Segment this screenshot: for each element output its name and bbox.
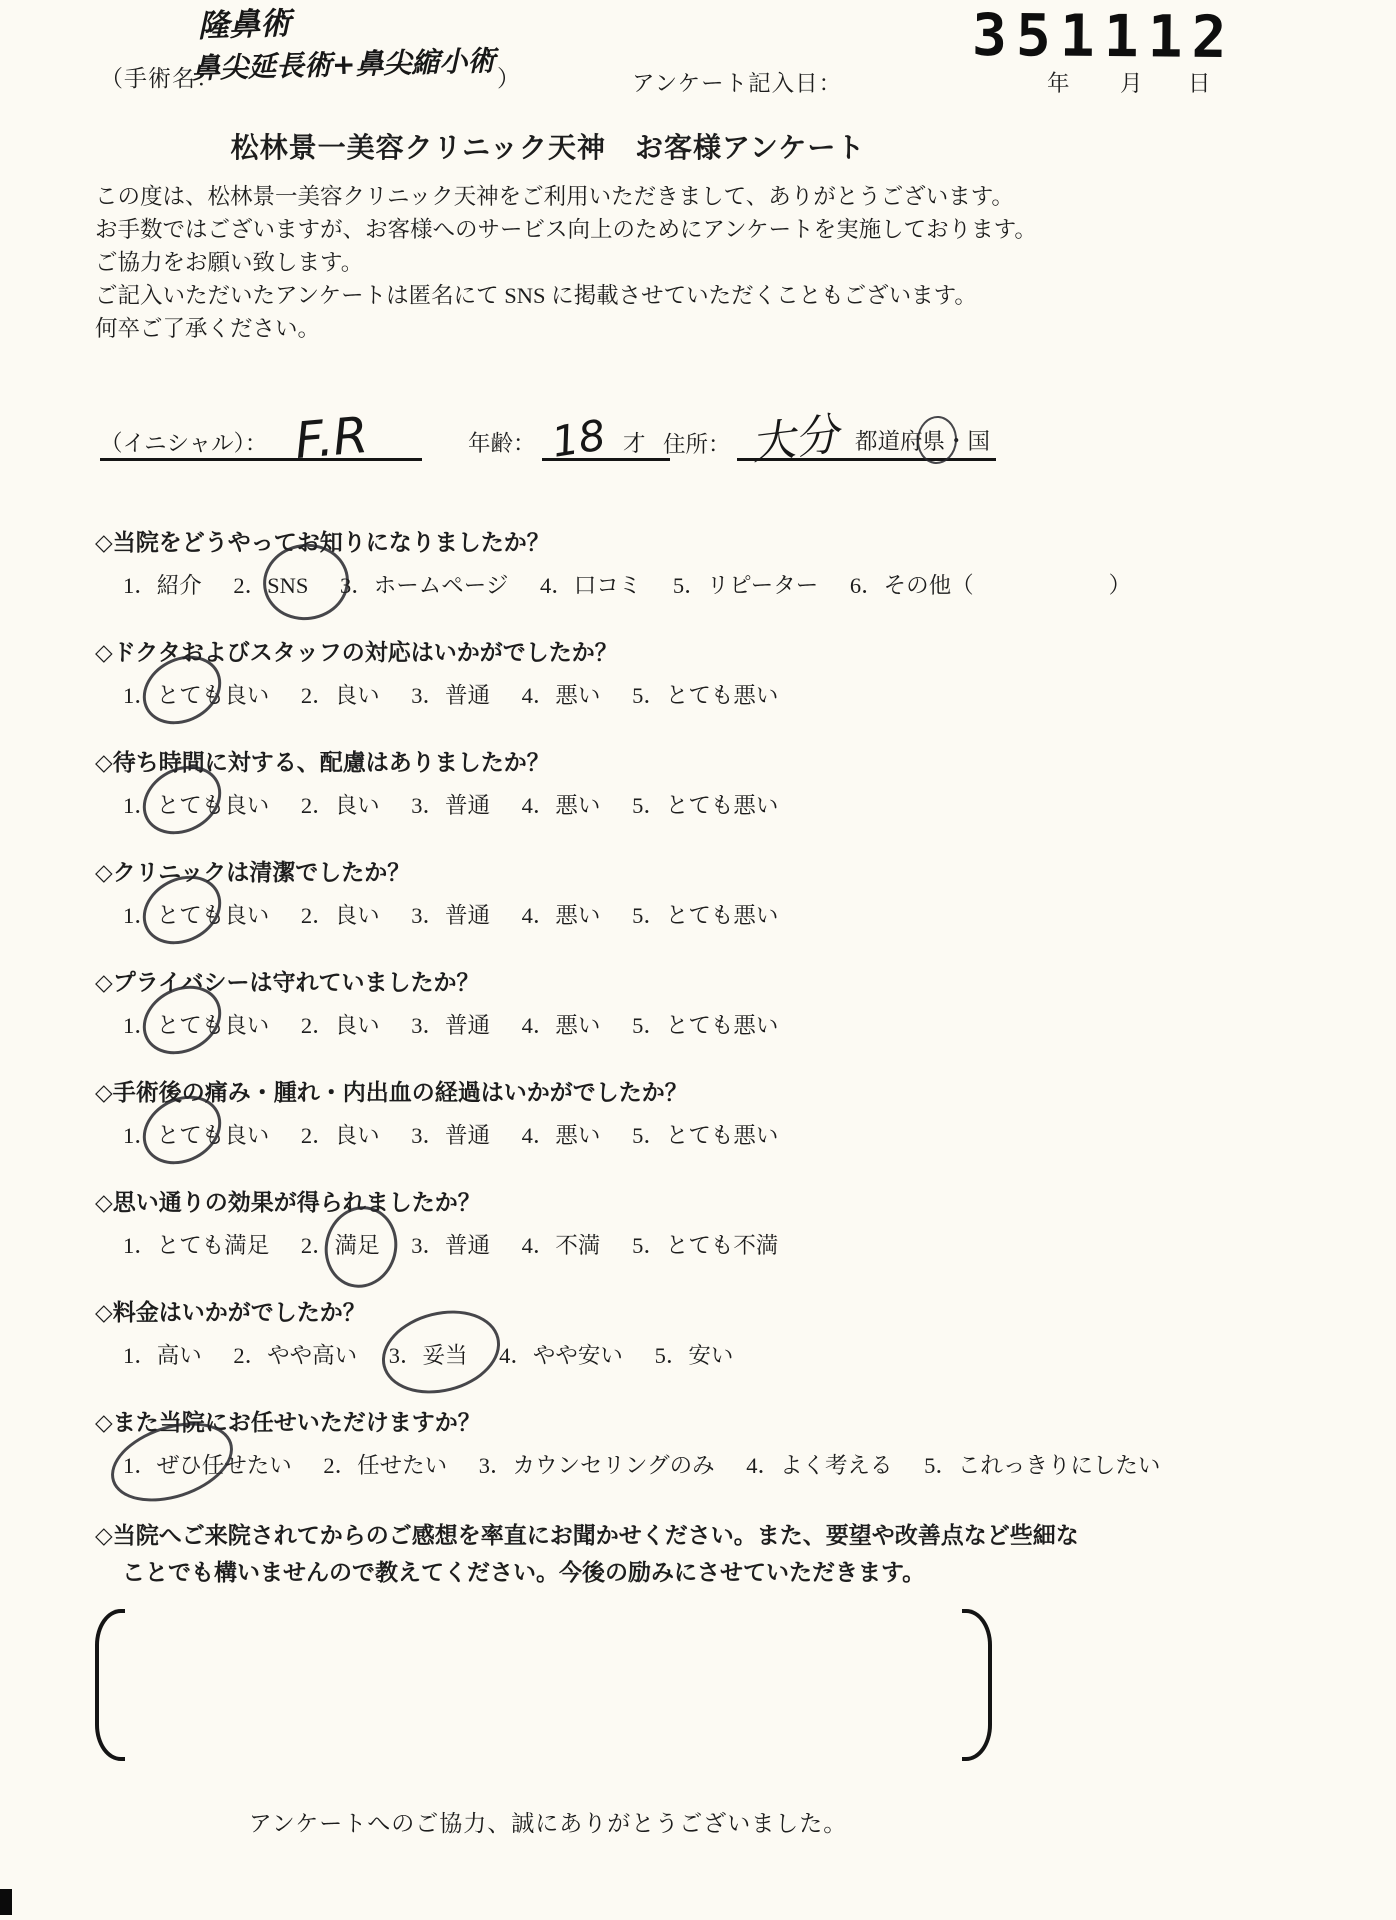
scan-artifact <box>0 1889 12 1915</box>
question-block: ◇当院をどうやってお知りになりましたか？ 1．紹介 2．SNS 3．ホームページ… <box>95 527 1396 601</box>
question-option: 3．普通 <box>411 900 490 931</box>
question-option: 4．口コミ <box>540 570 641 601</box>
age-field: 年齢：18才 <box>468 422 670 461</box>
question-option: 4．よく考える <box>746 1450 892 1481</box>
question-option: 1．紹介 <box>123 570 202 601</box>
question-list: ◇当院をどうやってお知りになりましたか？ 1．紹介 2．SNS 3．ホームページ… <box>95 527 1396 1481</box>
question-options: 1．とても良い 2．良い 3．普通 4．悪い 5．とても悪い <box>123 680 1396 711</box>
question-heading: ◇手術後の痛み・腫れ・内出血の経過はいかがでしたか？ <box>95 1077 1396 1108</box>
initial-field: （イニシャル）： F.R <box>100 416 422 461</box>
question-heading: ◇待ち時間に対する、配慮はありましたか？ <box>95 747 1396 778</box>
question-block: ◇ドクタおよびスタッフの対応はいかがでしたか？ 1．とても良い 2．良い 3．普… <box>95 637 1396 711</box>
question-option: 4．悪い <box>522 680 601 711</box>
question-option: 3．普通 <box>411 1230 490 1261</box>
question-option: 2．良い <box>301 900 380 931</box>
question-heading: ◇ドクタおよびスタッフの対応はいかがでしたか？ <box>95 637 1396 668</box>
comment-write-in-area <box>0 1601 1396 1791</box>
surgery-name-label-open: （手術名： <box>100 60 220 93</box>
question-block: ◇また当院にお任せいただけますか？ 1．ぜひ任せたい 2．任せたい 3．カウンセ… <box>95 1407 1396 1481</box>
comment-bracket-right <box>962 1609 992 1761</box>
question-option: 5．これっきりにしたい <box>924 1450 1160 1481</box>
question-heading: ◇思い通りの効果が得られましたか？ <box>95 1187 1396 1218</box>
scanned-survey-page: 隆鼻術 鼻尖延長術+鼻尖縮小術 （手術名： ） アンケート記入日： 年 月 日 … <box>0 0 1396 1920</box>
age-handwritten-value: 18 <box>549 420 606 458</box>
intro-line: 何卒ご了承ください。 <box>95 312 1355 345</box>
age-field-label: 年齢： <box>468 431 536 456</box>
question-option: 4．悪い <box>522 1120 601 1151</box>
question-heading: ◇当院をどうやってお知りになりましたか？ <box>95 527 1396 558</box>
question-option: 5．リピーター <box>673 570 818 601</box>
closing-thanks-text: アンケートへのご協力、誠にありがとうございました。 <box>48 1805 1048 1838</box>
question-option: 5．とても悪い <box>632 1120 778 1151</box>
question-block: ◇手術後の痛み・腫れ・内出血の経過はいかがでしたか？ 1．とても良い 2．良い … <box>95 1077 1396 1151</box>
question-options: 1．とても満足 2．満足 3．普通 4．不満 5．とても不満 <box>123 1230 1396 1261</box>
surgery-name-label-close: ） <box>497 60 520 93</box>
age-unit-label: 才 <box>623 431 646 456</box>
question-option-selected: 3．妥当 <box>389 1340 468 1371</box>
question-option: 2．良い <box>301 1010 380 1041</box>
question-option: 2．良い <box>301 680 380 711</box>
question-option-selected: 2．満足 <box>301 1230 380 1261</box>
address-handwritten-value: 大分 <box>749 419 840 461</box>
question-options: 1．高い 2．やや高い 3．妥当 4．やや安い 5．安い <box>123 1340 1396 1371</box>
question-option: 6．その他（ ） <box>850 570 1131 601</box>
question-option: 2．任せたい <box>323 1450 447 1481</box>
handwritten-surgery-name-line1: 隆鼻術 <box>198 8 292 41</box>
question-option: 3．普通 <box>411 680 490 711</box>
question-options: 1．ぜひ任せたい 2．任せたい 3．カウンセリングのみ 4．よく考える 5．これ… <box>123 1450 1396 1481</box>
date-unit-year: 年 <box>1047 66 1070 98</box>
question-block: ◇思い通りの効果が得られましたか？ 1．とても満足 2．満足 3．普通 4．不満… <box>95 1187 1396 1261</box>
question-option-selected: 1．とても良い <box>123 680 269 711</box>
question-option: 4．不満 <box>522 1230 601 1261</box>
question-option-selected: 2．SNS <box>233 570 308 601</box>
feedback-prompt: ◇当院へご来院されてからのご感想を率直にお聞かせください。また、要望や改善点など… <box>95 1517 1396 1591</box>
question-option: 2．やや高い <box>233 1340 357 1371</box>
question-options: 1．とても良い 2．良い 3．普通 4．悪い 5．とても悪い <box>123 900 1396 931</box>
region-prefix-text: 都道府 <box>855 429 923 454</box>
question-block: ◇プライバシーは守れていましたか？ 1．とても良い 2．良い 3．普通 4．悪い… <box>95 967 1396 1041</box>
feedback-prompt-line2: ことでも構いませんので教えてください。今後の励みにさせていただきます。 <box>122 1554 1396 1591</box>
question-option: 5．とても悪い <box>632 900 778 931</box>
question-option: 3．普通 <box>411 1120 490 1151</box>
question-options: 1．とても良い 2．良い 3．普通 4．悪い 5．とても悪い <box>123 1120 1396 1151</box>
question-options: 1．とても良い 2．良い 3．普通 4．悪い 5．とても悪い <box>123 790 1396 821</box>
question-heading: ◇料金はいかがでしたか？ <box>95 1297 1396 1328</box>
question-option: 3．ホームページ <box>340 570 508 601</box>
question-heading: ◇また当院にお任せいただけますか？ <box>95 1407 1396 1438</box>
question-option: 4．悪い <box>522 790 601 821</box>
region-circled-prefecture: 県 <box>923 424 946 456</box>
question-option-selected: 1．とても良い <box>123 1010 269 1041</box>
survey-date-label: アンケート記入日： <box>632 66 842 98</box>
question-option-selected: 1．とても良い <box>123 900 269 931</box>
question-option: 5．とても悪い <box>632 790 778 821</box>
intro-line: ご協力をお願い致します。 <box>95 246 1355 279</box>
question-option: 4．やや安い <box>499 1340 623 1371</box>
question-option: 1．高い <box>123 1340 202 1371</box>
question-option: 3．普通 <box>411 790 490 821</box>
question-option: 3．カウンセリングのみ <box>479 1450 715 1481</box>
question-option: 2．良い <box>301 1120 380 1151</box>
question-options: 1．紹介 2．SNS 3．ホームページ 4．口コミ 5．リピーター 6．その他（… <box>123 570 1396 601</box>
question-option: 5．とても不満 <box>632 1230 778 1261</box>
region-type-field: 都道府県・国 <box>853 424 996 461</box>
question-heading: ◇クリニックは清潔でしたか？ <box>95 857 1396 888</box>
intro-paragraph: この度は、松林景一美容クリニック天神をご利用いただきまして、ありがとうございます… <box>95 180 1355 345</box>
intro-line: ご記入いただいたアンケートは匿名にて SNS に掲載させていただくこともございま… <box>95 279 1355 312</box>
initial-field-label: （イニシャル）： <box>100 431 267 456</box>
comment-bracket-left <box>95 1609 125 1761</box>
feedback-prompt-line1: ◇当院へご来院されてからのご感想を率直にお聞かせください。また、要望や改善点など… <box>95 1517 1396 1554</box>
address-field-label: 住所： <box>663 432 731 457</box>
question-option: 5．とても悪い <box>632 1010 778 1041</box>
question-option: 2．良い <box>301 790 380 821</box>
question-option: 4．悪い <box>522 900 601 931</box>
question-option: 5．安い <box>655 1340 734 1371</box>
initial-handwritten-value: F.R <box>294 417 370 459</box>
question-option-selected: 1．とても良い <box>123 1120 269 1151</box>
intro-line: お手数ではございますが、お客様へのサービス向上のためにアンケートを実施しておりま… <box>95 213 1355 246</box>
question-block: ◇クリニックは清潔でしたか？ 1．とても良い 2．良い 3．普通 4．悪い 5．… <box>95 857 1396 931</box>
question-option: 1．とても満足 <box>123 1230 269 1261</box>
question-option-selected: 1．ぜひ任せたい <box>123 1450 292 1481</box>
question-option: 3．普通 <box>411 1010 490 1041</box>
question-block: ◇待ち時間に対する、配慮はありましたか？ 1．とても良い 2．良い 3．普通 4… <box>95 747 1396 821</box>
intro-line: この度は、松林景一美容クリニック天神をご利用いただきまして、ありがとうございます… <box>95 180 1355 213</box>
respondent-profile-row: （イニシャル）： F.R 年齢：18才 住所：大分 都道府県・国 <box>0 391 1396 469</box>
question-option-selected: 1．とても良い <box>123 790 269 821</box>
question-option: 5．とても悪い <box>632 680 778 711</box>
question-option: 4．悪い <box>522 1010 601 1041</box>
question-block: ◇料金はいかがでしたか？ 1．高い 2．やや高い 3．妥当 4．やや安い 5．安… <box>95 1297 1396 1371</box>
date-unit-month: 月 <box>1120 66 1143 98</box>
question-options: 1．とても良い 2．良い 3．普通 4．悪い 5．とても悪い <box>123 1010 1396 1041</box>
question-heading: ◇プライバシーは守れていましたか？ <box>95 967 1396 998</box>
region-suffix-text: ・国 <box>945 429 990 454</box>
serial-number-stamp: 351112 <box>972 1 1236 71</box>
